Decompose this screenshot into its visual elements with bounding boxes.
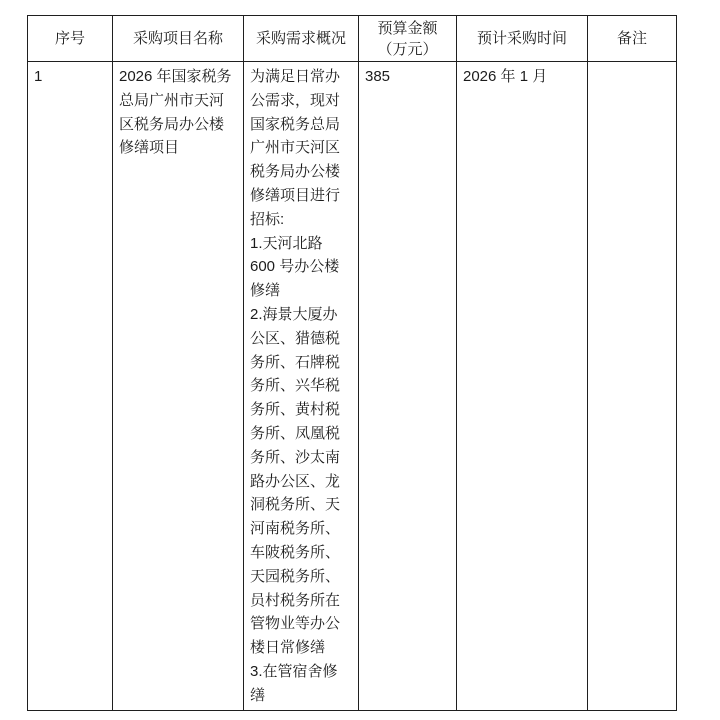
table-row: 1 2026 年国家税务 总局广州市天河 区税务局办公楼 修缮项目 为满足日常办…: [28, 62, 677, 711]
header-seq: 序号: [28, 16, 113, 62]
cell-project-name: 2026 年国家税务 总局广州市天河 区税务局办公楼 修缮项目: [113, 62, 244, 711]
table-header-row: 序号 采购项目名称 采购需求概况 预算金额 （万元） 预计采购时间 备注: [28, 16, 677, 62]
cell-seq: 1: [28, 62, 113, 711]
header-expected-time: 预计采购时间: [457, 16, 588, 62]
procurement-table: 序号 采购项目名称 采购需求概况 预算金额 （万元） 预计采购时间 备注 1 2…: [27, 15, 677, 711]
header-budget-amount: 预算金额 （万元）: [359, 16, 457, 62]
header-remarks: 备注: [588, 16, 677, 62]
header-project-name: 采购项目名称: [113, 16, 244, 62]
cell-remarks: [588, 62, 677, 711]
cell-expected-time: 2026 年 1 月: [457, 62, 588, 711]
cell-requirement-overview: 为满足日常办 公需求，现对 国家税务总局 广州市天河区 税务局办公楼 修缮项目进…: [244, 62, 359, 711]
cell-budget-amount: 385: [359, 62, 457, 711]
header-requirement-overview: 采购需求概况: [244, 16, 359, 62]
